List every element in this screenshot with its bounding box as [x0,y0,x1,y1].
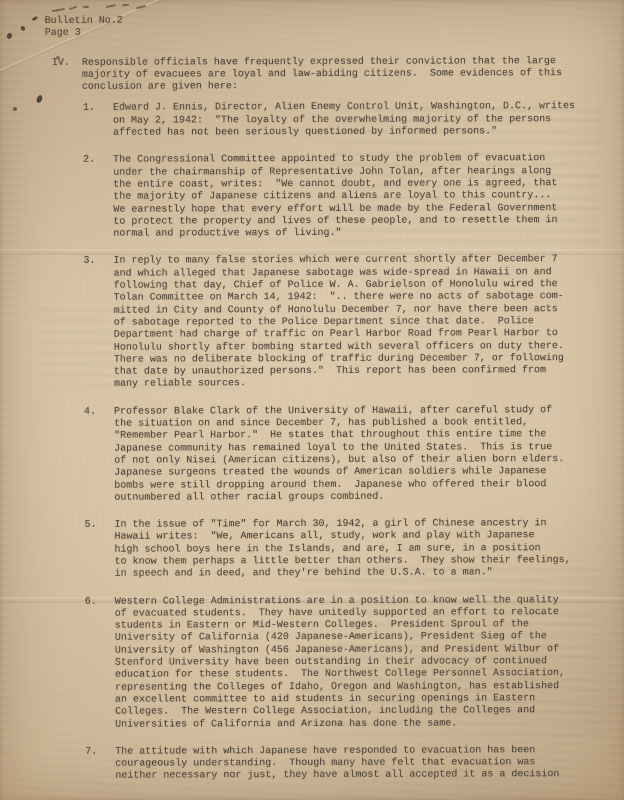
evidence-list: 1. Edward J. Ennis, Director, Alien Enem… [0,101,624,783]
item-number: 1. [83,103,113,115]
page-number: Page 3 [45,26,623,40]
item-text: The Congressional Committee appointed to… [113,154,557,242]
item-text: In reply to many false stories which wer… [113,255,564,392]
item-number: 3. [83,256,113,268]
list-item-4: 4. Professor Blake Clark of the Universi… [0,405,624,506]
list-item-3: 3. In reply to many false stories which … [0,254,624,391]
item-text: In the issue of "Time" for March 30, 194… [114,518,570,581]
section-text: Responsible officials have frequently ex… [82,56,562,95]
item-number: 7. [85,747,115,759]
document-content: Bulletin No.2 Page 3 IV. Responsible off… [0,0,624,800]
list-item-7: 7. The attitude with which Japanese have… [1,745,624,784]
section-numeral: IV. [52,57,82,69]
item-text: Professor Blake Clark of the University … [114,405,564,505]
item-number: 6. [85,596,115,608]
list-item-2: 2. The Congressional Committee appointed… [0,153,623,241]
list-item-6: 6. Western College Administrations are i… [1,594,624,731]
document-page: Bulletin No.2 Page 3 IV. Responsible off… [0,0,624,800]
item-number: 2. [83,155,113,167]
list-item-5: 5. In the issue of "Time" for March 30, … [0,518,624,582]
list-item-1: 1. Edward J. Ennis, Director, Alien Enem… [0,101,623,140]
item-text: Edward J. Ennis, Director, Alien Enemy C… [113,102,575,141]
item-number: 5. [84,520,114,532]
document-header: Bulletin No.2 Page 3 [0,0,623,41]
section-iv: IV. Responsible officials have frequentl… [0,56,623,95]
item-text: Western College Administrations are in a… [115,595,566,732]
item-number: 4. [84,406,114,418]
item-text: The attitude with which Japanese have re… [115,745,559,783]
